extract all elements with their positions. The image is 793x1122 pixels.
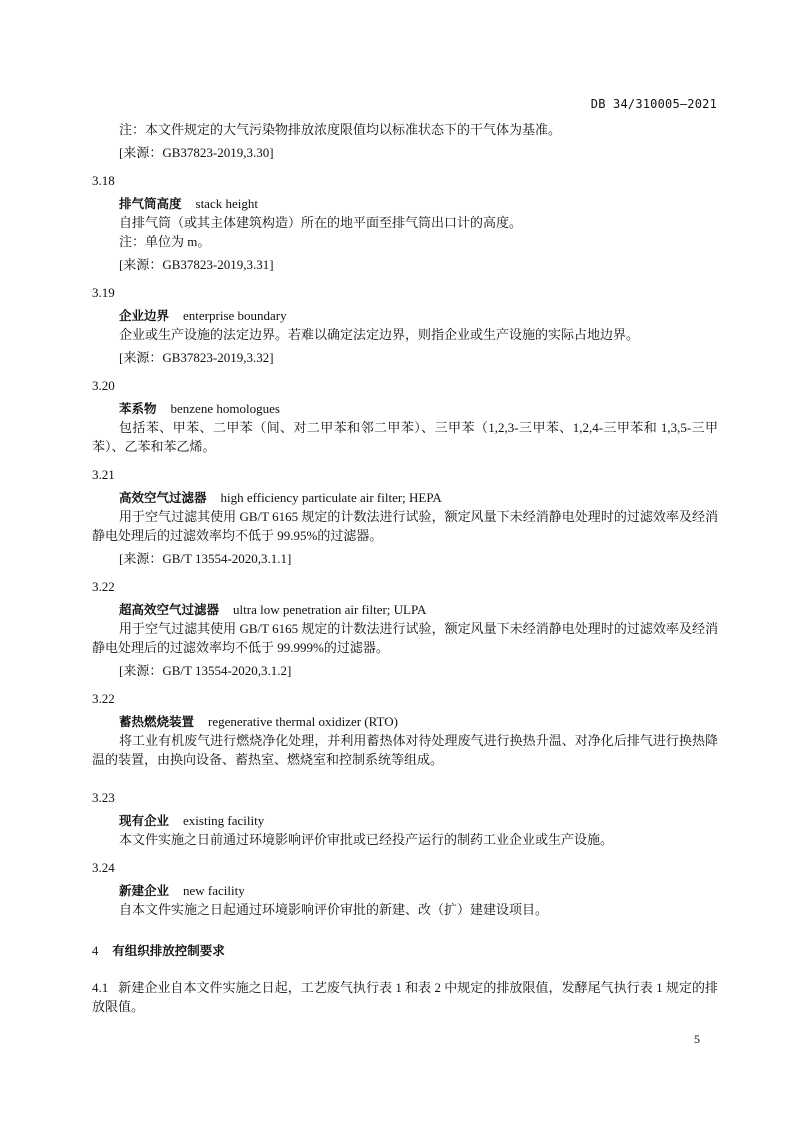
term-definition: 自排气筒（或其主体建筑构造）所在的地平面至排气筒出口计的高度。: [92, 213, 718, 232]
term-entry: 3.22 蓄热燃烧装置regenerative thermal oxidizer…: [92, 689, 718, 769]
term-definition: 将工业有机废气进行燃烧净化处理，并利用蓄热体对待处理废气进行换热升温、对净化后排…: [92, 731, 718, 769]
term-definition: 包括苯、甲苯、二甲苯（间、对二甲苯和邻二甲苯）、三甲苯（1,2,3-三甲苯、1,…: [92, 418, 718, 456]
term-title: 超高效空气过滤器ultra low penetration air filter…: [92, 600, 718, 619]
term-definition: 自本文件实施之日起通过环境影响评价审批的新建、改（扩）建建设项目。: [92, 900, 718, 919]
term-number: 3.22: [92, 577, 718, 596]
term-definition: 用于空气过滤其使用 GB/T 6165 规定的计数法进行试验，额定风量下未经消静…: [92, 619, 718, 657]
term-number: 3.21: [92, 465, 718, 484]
term-zh: 超高效空气过滤器: [119, 602, 219, 617]
term-entry: 3.21 高效空气过滤器high efficiency particulate …: [92, 465, 718, 568]
term-en: benzene homologues: [171, 401, 280, 416]
term-zh: 现有企业: [119, 813, 169, 828]
term-source: [来源：GB37823-2019,3.31]: [92, 255, 718, 274]
term-title: 排气筒高度stack height: [92, 194, 718, 213]
term-en: existing facility: [183, 813, 264, 828]
term-title: 苯系物benzene homologues: [92, 399, 718, 418]
document-code-header: DB 34/310005—2021: [591, 97, 717, 111]
page-number: 5: [694, 1032, 700, 1047]
term-zh: 企业边界: [119, 308, 169, 323]
clause-number: 4.1: [92, 980, 108, 995]
term-source: [来源：GB/T 13554-2020,3.1.1]: [92, 549, 718, 568]
chapter-heading: 4有组织排放控制要求: [92, 941, 718, 961]
term-en: new facility: [183, 883, 245, 898]
term-title: 新建企业new facility: [92, 881, 718, 900]
term-entry: 3.22 超高效空气过滤器ultra low penetration air f…: [92, 577, 718, 680]
term-definition: 企业或生产设施的法定边界。若难以确定法定边界，则指企业或生产设施的实际占地边界。: [92, 325, 718, 344]
document-body: 注：本文件规定的大气污染物排放浓度限值均以标准状态下的干气体为基准。 [来源：G…: [92, 120, 718, 1016]
term-entry: 3.19 企业边界enterprise boundary 企业或生产设施的法定边…: [92, 283, 718, 367]
term-en: regenerative thermal oxidizer (RTO): [208, 714, 398, 729]
term-en: ultra low penetration air filter; ULPA: [233, 602, 426, 617]
clause-text: 新建企业自本文件实施之日起，工艺废气执行表 1 和表 2 中规定的排放限值，发酵…: [92, 980, 718, 1014]
term-title: 企业边界enterprise boundary: [92, 306, 718, 325]
chapter-number: 4: [92, 944, 98, 958]
term-en: stack height: [196, 196, 258, 211]
term-zh: 新建企业: [119, 883, 169, 898]
term-number: 3.22: [92, 689, 718, 708]
term-entry: 3.24 新建企业new facility 自本文件实施之日起通过环境影响评价审…: [92, 858, 718, 919]
term-source: [来源：GB37823-2019,3.32]: [92, 348, 718, 367]
term-zh: 蓄热燃烧装置: [119, 714, 194, 729]
term-zh: 高效空气过滤器: [119, 490, 207, 505]
term-definition: 本文件实施之日前通过环境影响评价审批或已经投产运行的制药工业企业或生产设施。: [92, 830, 718, 849]
term-note: 注：单位为 m。: [92, 232, 718, 251]
chapter-title: 有组织排放控制要求: [112, 943, 225, 958]
intro-note: 注：本文件规定的大气污染物排放浓度限值均以标准状态下的干气体为基准。: [92, 120, 718, 139]
term-number: 3.23: [92, 788, 718, 807]
term-number: 3.18: [92, 171, 718, 190]
term-title: 现有企业existing facility: [92, 811, 718, 830]
term-entry: 3.18 排气筒高度stack height 自排气筒（或其主体建筑构造）所在的…: [92, 171, 718, 274]
term-entry: 3.20 苯系物benzene homologues 包括苯、甲苯、二甲苯（间、…: [92, 376, 718, 456]
term-number: 3.20: [92, 376, 718, 395]
term-definition: 用于空气过滤其使用 GB/T 6165 规定的计数法进行试验，额定风量下未经消静…: [92, 507, 718, 545]
term-title: 蓄热燃烧装置regenerative thermal oxidizer (RTO…: [92, 712, 718, 731]
term-zh: 苯系物: [119, 401, 157, 416]
term-en: high efficiency particulate air filter; …: [221, 490, 442, 505]
term-entry: 3.23 现有企业existing facility 本文件实施之日前通过环境影…: [92, 788, 718, 849]
term-number: 3.24: [92, 858, 718, 877]
term-number: 3.19: [92, 283, 718, 302]
clause-4-1: 4.1新建企业自本文件实施之日起，工艺废气执行表 1 和表 2 中规定的排放限值…: [92, 978, 718, 1016]
term-source: [来源：GB/T 13554-2020,3.1.2]: [92, 661, 718, 680]
term-title: 高效空气过滤器high efficiency particulate air f…: [92, 488, 718, 507]
intro-source: [来源：GB37823-2019,3.30]: [92, 143, 718, 162]
term-zh: 排气筒高度: [119, 196, 182, 211]
term-en: enterprise boundary: [183, 308, 287, 323]
